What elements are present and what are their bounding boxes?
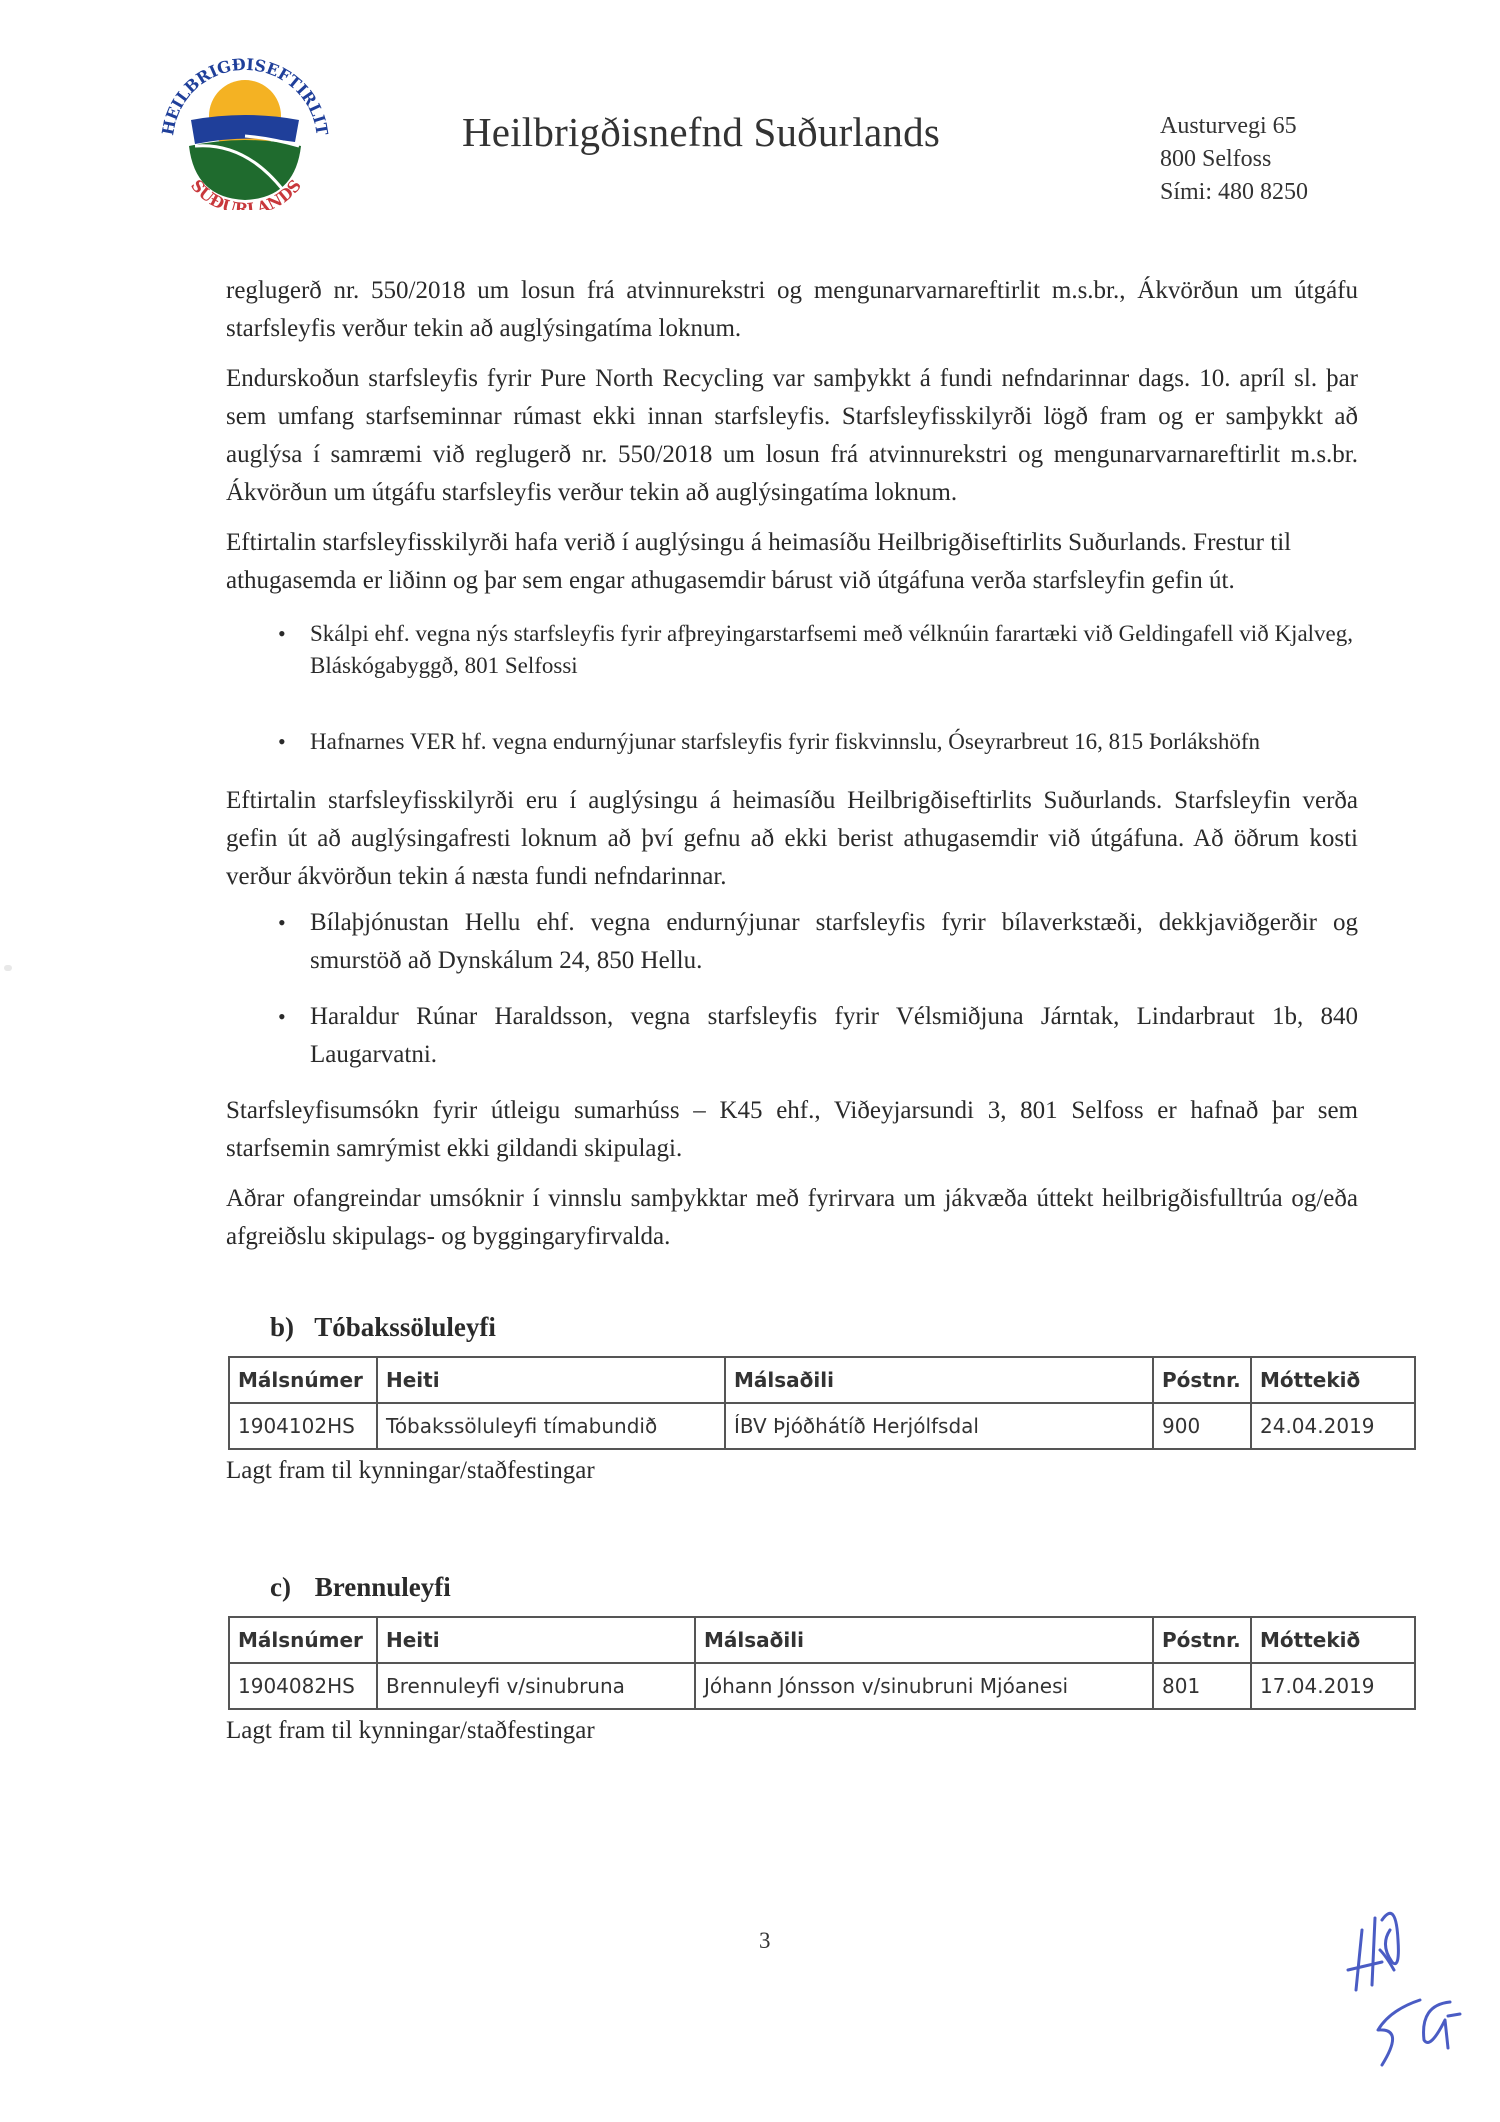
burning-section-note: Lagt fram til kynningar/staðfestingar	[226, 1712, 1358, 1750]
tobacco-permits-table: Málsnúmer Heiti Málsaðili Póstnr. Móttek…	[228, 1356, 1416, 1450]
paragraph-conditional-approval: Aðrar ofangreindar umsóknir í vinnslu sa…	[226, 1180, 1358, 1256]
table-row: 1904102HS Tóbakssöluleyfi tímabundið ÍBV…	[229, 1403, 1415, 1449]
handwritten-initials-signature-icon	[1320, 1890, 1500, 2070]
address-street: Austurvegi 65	[1160, 110, 1308, 143]
section-heading-burning: c) Brennuleyfi	[270, 1568, 1358, 1606]
paragraph-regulation: reglugerð nr. 550/2018 um losun frá atvi…	[226, 272, 1358, 348]
health-inspectorate-logo-icon: HEILBRIGÐISEFTIRLIT SUÐURLANDS	[135, 50, 355, 210]
page-number: 3	[759, 1928, 771, 1954]
burning-permits-table: Málsnúmer Heiti Málsaðili Póstnr. Móttek…	[228, 1616, 1416, 1710]
bullet-icon: •	[278, 726, 286, 758]
list-item: • Hafnarnes VER hf. vegna endurnýjunar s…	[278, 726, 1358, 758]
bullet-icon: •	[278, 618, 286, 650]
table-header-row: Málsnúmer Heiti Málsaðili Póstnr. Móttek…	[229, 1357, 1415, 1403]
paragraph-rejected-application: Starfsleyfisumsókn fyrir útleigu sumarhú…	[226, 1092, 1358, 1168]
address-block: Austurvegi 65 800 Selfoss Sími: 480 8250	[1160, 110, 1308, 209]
table-row: 1904082HS Brennuleyfi v/sinubruna Jóhann…	[229, 1663, 1415, 1709]
issued-permits-list: • Skálpi ehf. vegna nýs starfsleyfis fyr…	[226, 618, 1358, 758]
document-body: reglugerð nr. 550/2018 um losun frá atvi…	[226, 272, 1358, 1750]
list-item: • Haraldur Rúnar Haraldsson, vegna starf…	[278, 998, 1358, 1074]
organization-name: Heilbrigðisnefnd Suðurlands	[462, 108, 940, 156]
paragraph-advertised-permits: Eftirtalin starfsleyfisskilyrði eru í au…	[226, 782, 1358, 896]
address-postcode: 800 Selfoss	[1160, 143, 1308, 176]
scan-speck	[4, 965, 12, 971]
advertised-permits-list: • Bílaþjónustan Hellu ehf. vegna endurný…	[226, 904, 1358, 1074]
address-phone: Sími: 480 8250	[1160, 176, 1308, 209]
list-item: • Bílaþjónustan Hellu ehf. vegna endurný…	[278, 904, 1358, 980]
paragraph-issued-permits: Eftirtalin starfsleyfisskilyrði hafa ver…	[226, 524, 1358, 600]
bullet-icon: •	[278, 904, 286, 942]
table-header-row: Málsnúmer Heiti Málsaðili Póstnr. Móttek…	[229, 1617, 1415, 1663]
tobacco-section-note: Lagt fram til kynningar/staðfestingar	[226, 1452, 1358, 1490]
paragraph-pure-north-review: Endurskoðun starfsleyfis fyrir Pure Nort…	[226, 360, 1358, 512]
list-item: • Skálpi ehf. vegna nýs starfsleyfis fyr…	[278, 618, 1358, 682]
bullet-icon: •	[278, 998, 286, 1036]
section-heading-tobacco: b) Tóbakssöluleyfi	[270, 1308, 1358, 1346]
